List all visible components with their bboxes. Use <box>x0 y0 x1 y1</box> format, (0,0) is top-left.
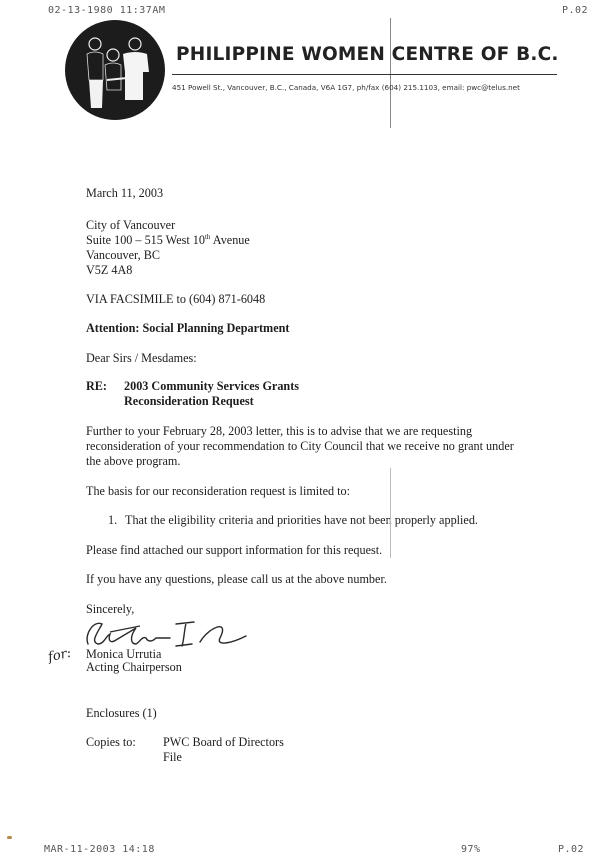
signer-title: Acting Chairperson <box>86 660 182 675</box>
for-annotation: for: <box>47 646 73 666</box>
subject-line: Reconsideration Request <box>124 394 299 409</box>
subject-label: RE: <box>86 379 107 394</box>
fax-footer-page: P.02 <box>558 844 584 855</box>
body-paragraph: Please find attached our support informa… <box>86 543 382 558</box>
copies-label: Copies to: <box>86 735 136 750</box>
subject-line: 2003 Community Services Grants <box>124 379 299 394</box>
fold-line <box>390 18 391 128</box>
copies-list: PWC Board of Directors File <box>163 735 284 765</box>
paragraph-line: Further to your February 28, 2003 letter… <box>86 424 514 439</box>
attention-line: Attention: Social Planning Department <box>86 321 289 336</box>
copy-recipient: File <box>163 750 284 765</box>
body-paragraph: Further to your February 28, 2003 letter… <box>86 424 514 469</box>
enclosures: Enclosures (1) <box>86 706 157 721</box>
letter-date: March 11, 2003 <box>86 186 163 201</box>
women-group-logo-icon <box>65 20 165 120</box>
org-name: PHILIPPINE WOMEN CENTRE OF B.C. <box>176 44 559 65</box>
subject-lines: 2003 Community Services Grants Reconside… <box>124 379 299 409</box>
fold-line <box>390 468 391 558</box>
list-number: 1. <box>108 513 125 528</box>
recipient-line: V5Z 4A8 <box>86 263 250 278</box>
letterhead-divider <box>172 74 557 75</box>
list-text: That the eligibility criteria and priori… <box>125 513 478 527</box>
fax-footer-timestamp: MAR-11-2003 14:18 <box>44 844 155 855</box>
body-paragraph: If you have any questions, please call u… <box>86 572 387 587</box>
fax-footer-scale: 97% <box>461 844 481 855</box>
body-paragraph: The basis for our reconsideration reques… <box>86 484 350 499</box>
org-address: 451 Powell St., Vancouver, B.C., Canada,… <box>172 83 520 92</box>
recipient-line: Vancouver, BC <box>86 248 250 263</box>
copy-recipient: PWC Board of Directors <box>163 735 284 750</box>
recipient-line: Suite 100 – 515 West 10th Avenue <box>86 233 250 248</box>
salutation: Dear Sirs / Mesdames: <box>86 351 197 366</box>
fax-header-timestamp: 02-13-1980 11:37AM <box>48 5 165 16</box>
fax-header-page: P.02 <box>562 5 588 16</box>
recipient-address: City of Vancouver Suite 100 – 515 West 1… <box>86 218 250 278</box>
paragraph-line: reconsideration of your recommendation t… <box>86 439 514 454</box>
via-facsimile: VIA FACSIMILE to (604) 871-6048 <box>86 292 265 307</box>
recipient-street: Suite 100 – 515 West 10 <box>86 233 205 247</box>
scan-speck <box>7 836 12 839</box>
recipient-street-suffix: Avenue <box>210 233 249 247</box>
recipient-line: City of Vancouver <box>86 218 250 233</box>
list-item: 1.That the eligibility criteria and prio… <box>108 513 478 528</box>
paragraph-line: the above program. <box>86 454 514 469</box>
